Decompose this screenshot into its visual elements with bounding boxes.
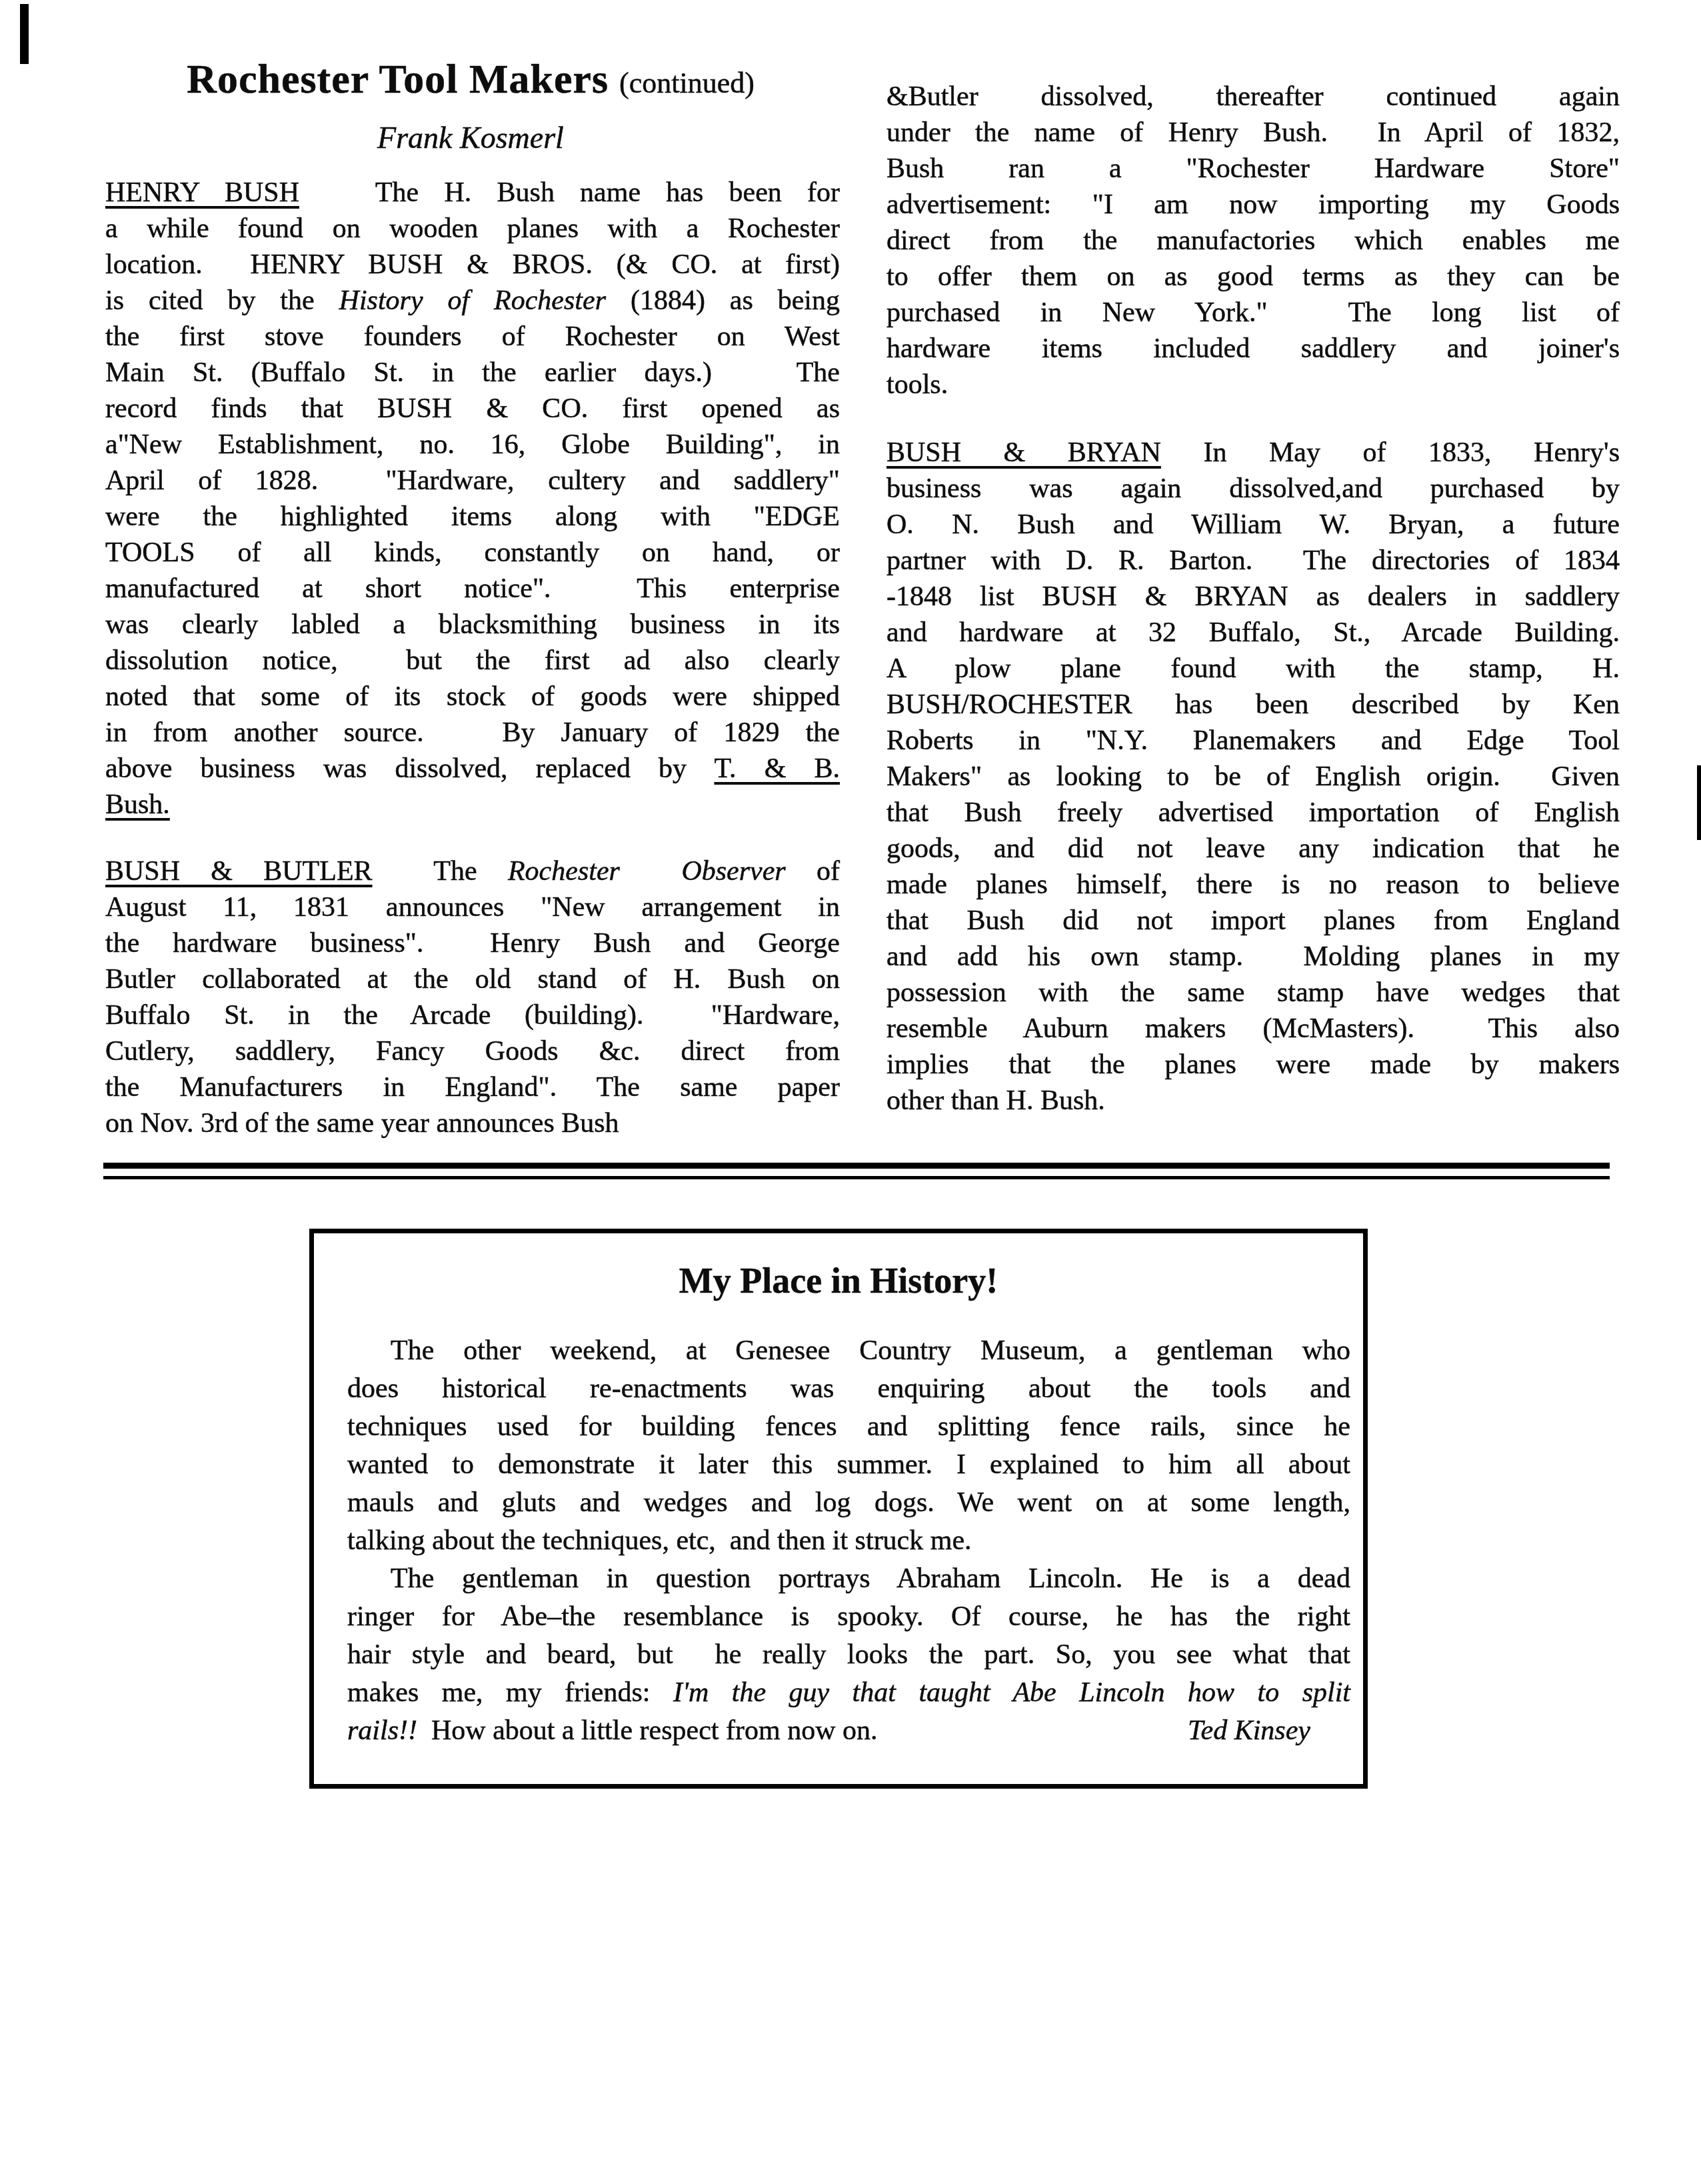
feature-box-title: My Place in History! bbox=[314, 1260, 1363, 1301]
text-line: August 11, 1831 announces "New arrangeme… bbox=[105, 889, 840, 925]
text-line: O. N. Bush and William W. Bryan, a futur… bbox=[886, 507, 1620, 543]
text-segment: makes me, my friends: bbox=[347, 1677, 673, 1708]
text-segment: rails!! bbox=[347, 1715, 417, 1746]
text-line: manufactured at short notice". This ente… bbox=[105, 571, 840, 607]
text-segment: (1884) as being bbox=[606, 285, 840, 316]
text-segment: and hardware at 32 Buffalo, St., Arcade … bbox=[886, 617, 1620, 648]
feature-box: My Place in History! The other weekend, … bbox=[309, 1229, 1368, 1789]
text-segment: -1848 list BUSH & BRYAN as dealers in sa… bbox=[886, 581, 1620, 612]
text-segment: The other weekend, at Genesee Country Mu… bbox=[391, 1335, 1350, 1366]
text-line: -1848 list BUSH & BRYAN as dealers in sa… bbox=[886, 579, 1620, 615]
text-segment: BUSH & BRYAN bbox=[886, 437, 1161, 468]
newsletter-page: Rochester Tool Makers (continued) Frank … bbox=[0, 0, 1701, 2184]
text-segment: Rochester Observer bbox=[508, 856, 786, 887]
text-segment: History of Rochester bbox=[339, 285, 606, 316]
text-line: a while found on wooden planes with a Ro… bbox=[105, 211, 840, 247]
text-line: ringer for Abe–the resemblance is spooky… bbox=[347, 1598, 1350, 1636]
text-line: Butler collaborated at the old stand of … bbox=[105, 961, 840, 997]
right-column: &Butler dissolved, thereafter continued … bbox=[886, 79, 1620, 1119]
text-line: talking about the techniques, etc, and t… bbox=[347, 1522, 1350, 1560]
text-line: that Bush freely advertised importation … bbox=[886, 795, 1620, 831]
text-line: business was again dissolved,and purchas… bbox=[886, 471, 1620, 507]
scan-artifact-left-edge bbox=[20, 4, 29, 64]
text-line: direct from the manufactories which enab… bbox=[886, 223, 1620, 259]
text-line: April of 1828. "Hardware, cultery and sa… bbox=[105, 463, 840, 499]
text-segment: that Bush freely advertised importation … bbox=[886, 797, 1620, 828]
text-line: in from another source. By January of 18… bbox=[105, 715, 840, 751]
text-segment: Cutlery, saddlery, Fancy Goods &c. direc… bbox=[105, 1036, 840, 1067]
text-line: possession with the same stamp have wedg… bbox=[886, 975, 1620, 1011]
text-line: other than H. Bush. bbox=[886, 1083, 1620, 1119]
text-line: Cutlery, saddlery, Fancy Goods &c. direc… bbox=[105, 1033, 840, 1069]
feature-paragraph-1: The other weekend, at Genesee Country Mu… bbox=[347, 1332, 1350, 1560]
text-segment: The H. Bush name has been for bbox=[299, 177, 840, 208]
text-line: were the highlighted items along with "E… bbox=[105, 499, 840, 535]
text-segment: in from another source. By January of 18… bbox=[105, 717, 840, 748]
text-line: the Manufacturers in England". The same … bbox=[105, 1069, 840, 1105]
text-segment: BUSH/ROCHESTER has been described by Ken bbox=[886, 689, 1620, 720]
text-line: Makers" as looking to be of English orig… bbox=[886, 759, 1620, 795]
text-line: A plow plane found with the stamp, H. bbox=[886, 651, 1620, 687]
text-segment: noted that some of its stock of goods we… bbox=[105, 681, 840, 712]
text-segment: wanted to demonstrate it later this summ… bbox=[347, 1449, 1350, 1480]
text-segment: implies that the planes were made by mak… bbox=[886, 1049, 1620, 1080]
text-segment: BUSH & BUTLER bbox=[105, 856, 373, 887]
text-segment: under the name of Henry Bush. In April o… bbox=[886, 117, 1620, 148]
text-line: mauls and gluts and wedges and log dogs.… bbox=[347, 1484, 1350, 1522]
text-segment: the first stove founders of Rochester on… bbox=[105, 321, 840, 352]
left-column: HENRY BUSH The H. Bush name has been for… bbox=[105, 175, 840, 1141]
text-segment: Bush. bbox=[105, 789, 170, 820]
text-segment: purchased in New York." The long list of bbox=[886, 297, 1620, 328]
text-line: is cited by the History of Rochester (18… bbox=[105, 283, 840, 319]
text-line: BUSH & BRYAN In May of 1833, Henry's bbox=[886, 435, 1620, 471]
text-segment: a while found on wooden planes with a Ro… bbox=[105, 213, 840, 244]
text-segment: does historical re-enactments was enquir… bbox=[347, 1373, 1350, 1404]
text-line: makes me, my friends: I'm the guy that t… bbox=[347, 1674, 1350, 1712]
text-segment: the hardware business". Henry Bush and G… bbox=[105, 928, 840, 959]
text-line: &Butler dissolved, thereafter continued … bbox=[886, 79, 1620, 115]
text-segment: were the highlighted items along with "E… bbox=[105, 501, 840, 532]
text-segment: made planes himself, there is no reason … bbox=[886, 869, 1620, 900]
text-line: dissolution notice, but the first ad als… bbox=[105, 643, 840, 679]
text-line: a"New Establishment, no. 16, Globe Build… bbox=[105, 427, 840, 463]
paragraph-bush-butler: BUSH & BUTLER The Rochester Observer ofA… bbox=[105, 853, 840, 1141]
text-line: and hardware at 32 Buffalo, St., Arcade … bbox=[886, 615, 1620, 651]
text-segment: manufactured at short notice". This ente… bbox=[105, 573, 840, 604]
feature-paragraph-2: The gentleman in question portrays Abrah… bbox=[347, 1560, 1350, 1750]
text-line: made planes himself, there is no reason … bbox=[886, 867, 1620, 903]
text-segment: possession with the same stamp have wedg… bbox=[886, 977, 1620, 1008]
text-segment: to offer them on as good terms as they c… bbox=[886, 261, 1620, 292]
text-segment: is cited by the bbox=[105, 285, 339, 316]
text-line: HENRY BUSH The H. Bush name has been for bbox=[105, 175, 840, 211]
text-line: BUSH & BUTLER The Rochester Observer of bbox=[105, 853, 840, 889]
text-segment: Makers" as looking to be of English orig… bbox=[886, 761, 1620, 792]
text-line: hardware items included saddlery and joi… bbox=[886, 331, 1620, 367]
text-segment: was clearly labled a blacksmithing busin… bbox=[105, 609, 840, 640]
text-segment: The bbox=[373, 856, 508, 887]
text-line: location. HENRY BUSH & BROS. (& CO. at f… bbox=[105, 247, 840, 283]
text-segment: I'm the guy that taught Abe Lincoln how … bbox=[673, 1677, 1350, 1708]
text-segment: other than H. Bush. bbox=[886, 1085, 1105, 1116]
feature-box-text: The other weekend, at Genesee Country Mu… bbox=[347, 1332, 1350, 1750]
text-segment: Buffalo St. in the Arcade (building). "H… bbox=[105, 1000, 840, 1031]
text-segment: that Bush did not import planes from Eng… bbox=[886, 905, 1620, 936]
divider-rule-bottom bbox=[103, 1176, 1610, 1179]
text-segment: business was again dissolved,and purchas… bbox=[886, 473, 1620, 504]
text-segment: and add his own stamp. Molding planes in… bbox=[886, 941, 1620, 972]
text-segment: In May of 1833, Henry's bbox=[1161, 437, 1620, 468]
text-line: The other weekend, at Genesee Country Mu… bbox=[347, 1332, 1350, 1370]
text-line: record finds that BUSH & CO. first opene… bbox=[105, 391, 840, 427]
paragraph-henry-bush: HENRY BUSH The H. Bush name has been for… bbox=[105, 175, 840, 823]
text-line: advertisement: "I am now importing my Go… bbox=[886, 187, 1620, 223]
text-line: under the name of Henry Bush. In April o… bbox=[886, 115, 1620, 151]
text-segment: resemble Auburn makers (McMasters). This… bbox=[886, 1013, 1620, 1044]
text-line: Roberts in "N.Y. Planemakers and Edge To… bbox=[886, 723, 1620, 759]
text-segment: goods, and did not leave any indication … bbox=[886, 833, 1620, 864]
text-segment: hardware items included saddlery and joi… bbox=[886, 333, 1620, 364]
divider-rule-top bbox=[103, 1163, 1610, 1169]
text-segment: above business was dissolved, replaced b… bbox=[105, 753, 714, 784]
text-segment: partner with D. R. Barton. The directori… bbox=[886, 545, 1620, 576]
text-segment: HENRY BUSH bbox=[105, 177, 299, 208]
text-line: The gentleman in question portrays Abrah… bbox=[347, 1560, 1350, 1598]
text-segment: T. & B. bbox=[714, 753, 840, 784]
text-segment: Bush ran a "Rochester Hardware Store" bbox=[886, 153, 1620, 184]
text-line: and add his own stamp. Molding planes in… bbox=[886, 939, 1620, 975]
text-line: rails!! How about a little respect from … bbox=[347, 1712, 1350, 1750]
text-segment: location. HENRY BUSH & BROS. (& CO. at f… bbox=[105, 249, 840, 280]
article-title-text: Rochester Tool Makers bbox=[187, 57, 609, 102]
text-segment: ringer for Abe–the resemblance is spooky… bbox=[347, 1601, 1350, 1632]
text-line: above business was dissolved, replaced b… bbox=[105, 751, 840, 787]
article-title: Rochester Tool Makers (continued) bbox=[100, 56, 841, 103]
text-line: Main St. (Buffalo St. in the earlier day… bbox=[105, 355, 840, 391]
text-line: Buffalo St. in the Arcade (building). "H… bbox=[105, 997, 840, 1033]
paragraph-bush-bryan: BUSH & BRYAN In May of 1833, Henry'sbusi… bbox=[886, 435, 1620, 1119]
text-line: Bush. bbox=[105, 787, 840, 823]
text-segment: &Butler dissolved, thereafter continued … bbox=[886, 81, 1620, 112]
text-line: hair style and beard, but he really look… bbox=[347, 1636, 1350, 1674]
text-line: wanted to demonstrate it later this summ… bbox=[347, 1446, 1350, 1484]
text-segment: advertisement: "I am now importing my Go… bbox=[886, 189, 1620, 220]
text-line: partner with D. R. Barton. The directori… bbox=[886, 543, 1620, 579]
text-segment: a"New Establishment, no. 16, Globe Build… bbox=[105, 429, 840, 460]
text-segment: dissolution notice, but the first ad als… bbox=[105, 645, 840, 676]
paragraph-henry-bush-continued: &Butler dissolved, thereafter continued … bbox=[886, 79, 1620, 403]
text-line: TOOLS of all kinds, constantly on hand, … bbox=[105, 535, 840, 571]
text-line: the hardware business". Henry Bush and G… bbox=[105, 925, 840, 961]
text-segment: April of 1828. "Hardware, cultery and sa… bbox=[105, 465, 840, 496]
text-line: goods, and did not leave any indication … bbox=[886, 831, 1620, 867]
text-segment: talking about the techniques, etc, and t… bbox=[347, 1525, 972, 1556]
text-line: that Bush did not import planes from Eng… bbox=[886, 903, 1620, 939]
text-line: to offer them on as good terms as they c… bbox=[886, 259, 1620, 295]
text-line: resemble Auburn makers (McMasters). This… bbox=[886, 1011, 1620, 1047]
text-segment: of bbox=[786, 856, 840, 887]
text-line: implies that the planes were made by mak… bbox=[886, 1047, 1620, 1083]
text-segment: hair style and beard, but he really look… bbox=[347, 1639, 1350, 1670]
text-segment: the Manufacturers in England". The same … bbox=[105, 1072, 840, 1103]
text-segment: August 11, 1831 announces "New arrangeme… bbox=[105, 892, 840, 923]
article-title-suffix: (continued) bbox=[619, 67, 755, 99]
text-segment: A plow plane found with the stamp, H. bbox=[886, 653, 1620, 684]
text-segment: direct from the manufactories which enab… bbox=[886, 225, 1620, 256]
text-segment: on Nov. 3rd of the same year announces B… bbox=[105, 1108, 619, 1139]
text-segment: tools. bbox=[886, 369, 948, 400]
text-segment: The gentleman in question portrays Abrah… bbox=[391, 1563, 1350, 1594]
text-line: Bush ran a "Rochester Hardware Store" bbox=[886, 151, 1620, 187]
text-segment: How about a little respect from now on. bbox=[417, 1715, 878, 1746]
text-line: purchased in New York." The long list of bbox=[886, 295, 1620, 331]
text-line: BUSH/ROCHESTER has been described by Ken bbox=[886, 687, 1620, 723]
text-line: noted that some of its stock of goods we… bbox=[105, 679, 840, 715]
text-line: tools. bbox=[886, 367, 1620, 403]
text-segment: Main St. (Buffalo St. in the earlier day… bbox=[105, 357, 840, 388]
text-segment: TOOLS of all kinds, constantly on hand, … bbox=[105, 537, 840, 568]
text-segment: Ted Kinsey bbox=[1188, 1712, 1310, 1750]
text-segment: Roberts in "N.Y. Planemakers and Edge To… bbox=[886, 725, 1620, 756]
text-segment: techniques used for building fences and … bbox=[347, 1411, 1350, 1442]
text-line: the first stove founders of Rochester on… bbox=[105, 319, 840, 355]
article-byline: Frank Kosmerl bbox=[100, 120, 841, 155]
text-line: techniques used for building fences and … bbox=[347, 1408, 1350, 1446]
text-segment: Butler collaborated at the old stand of … bbox=[105, 964, 840, 995]
scan-artifact-right-edge bbox=[1697, 765, 1701, 840]
text-line: does historical re-enactments was enquir… bbox=[347, 1370, 1350, 1408]
text-segment: record finds that BUSH & CO. first opene… bbox=[105, 393, 840, 424]
text-line: on Nov. 3rd of the same year announces B… bbox=[105, 1105, 840, 1141]
text-segment: mauls and gluts and wedges and log dogs.… bbox=[347, 1487, 1350, 1518]
text-segment: O. N. Bush and William W. Bryan, a futur… bbox=[886, 509, 1620, 540]
text-line: was clearly labled a blacksmithing busin… bbox=[105, 607, 840, 643]
